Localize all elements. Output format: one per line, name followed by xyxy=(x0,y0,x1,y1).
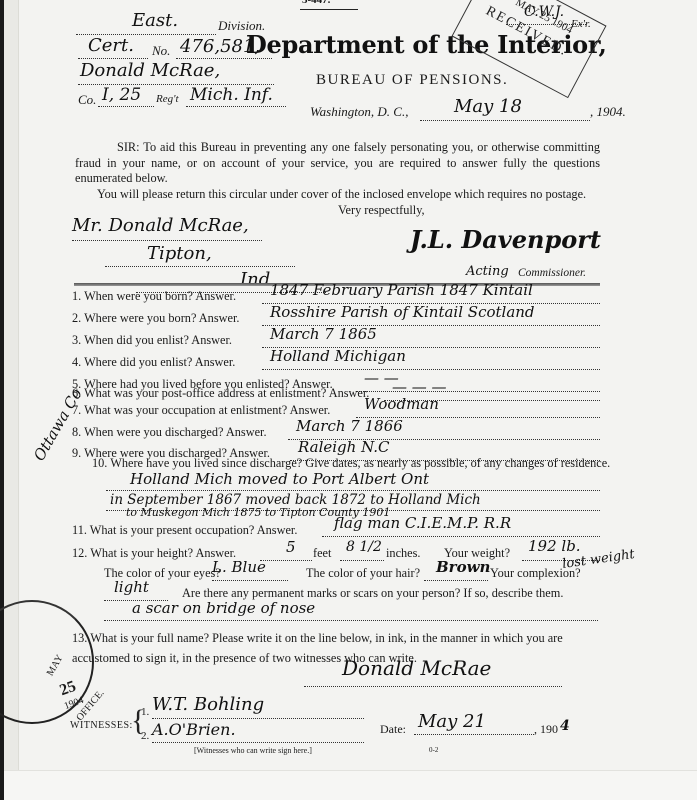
form-number: 3-447. xyxy=(302,0,330,6)
question-text: 4. Where did you enlist? Answer. xyxy=(72,355,235,369)
answer-4: Holland Michigan xyxy=(270,347,406,365)
answer-field-7: Woodman xyxy=(356,399,600,418)
witness-note: [Witnesses who can write sign here.] xyxy=(194,746,312,755)
question-3: 3. When did you enlist? Answer. xyxy=(72,333,232,348)
cert-field: Cert. xyxy=(78,38,148,59)
co-value: I, 25 xyxy=(102,85,141,105)
question-10: 10. Where have you lived since discharge… xyxy=(92,456,610,471)
feet-label: feet xyxy=(313,546,331,561)
question-6: 6. What was your post-office address at … xyxy=(72,386,369,401)
letter-year: , 1904. xyxy=(590,104,626,120)
letter-paragraph-2: You will please return this circular und… xyxy=(97,187,602,203)
header-rule xyxy=(300,9,358,10)
witness-1-line: W.T. Bohling xyxy=(152,700,364,719)
answer-field-3: March 7 1865 xyxy=(262,329,600,348)
print-code: 0-2 xyxy=(429,746,438,754)
answer-field-1: 1847 February Parish 1847 Kintail xyxy=(262,285,600,304)
washington-label: Washington, D. C., xyxy=(310,104,408,120)
division-value: East. xyxy=(132,10,178,31)
regt-field: Mich. Inf. xyxy=(186,86,286,107)
letter-date: May 18 xyxy=(454,96,522,117)
regt-label: Reg't xyxy=(156,93,179,105)
regt-value: Mich. Inf. xyxy=(190,85,273,105)
signing-date: May 21 xyxy=(418,711,486,732)
no-label: No. xyxy=(152,43,170,59)
question-8: 8. When were you discharged? Answer. xyxy=(72,425,267,440)
addressee-line-2: Tipton, xyxy=(105,244,295,267)
answer-9: Raleigh N.C xyxy=(298,438,390,456)
letter-paragraph-1: SIR: To aid this Bureau in preventing an… xyxy=(75,140,600,187)
eyes-field: L. Blue xyxy=(212,562,288,581)
full-name-signature: Donald McRae xyxy=(342,656,491,680)
question-text: 8. When were you discharged? Answer. xyxy=(72,425,267,439)
answer-field-2: Rosshire Parish of Kintail Scotland xyxy=(262,307,600,326)
answer-7: Woodman xyxy=(364,395,439,413)
witness-2-signature: A.O'Brien. xyxy=(152,720,236,739)
answer-field-4: Holland Michigan xyxy=(262,351,600,370)
page-bottom-fold xyxy=(4,770,697,800)
answer-2: Rosshire Parish of Kintail Scotland xyxy=(270,303,535,321)
co-field: I, 25 xyxy=(98,86,154,107)
cert-value: Cert. xyxy=(88,35,134,56)
date-label: Date: xyxy=(380,722,406,737)
question-text: 3. When did you enlist? Answer. xyxy=(72,333,232,347)
signing-year-suffix: 4 xyxy=(560,718,570,734)
height-inches-field: 8 1/2 xyxy=(340,542,384,561)
answer-3: March 7 1865 xyxy=(270,325,377,343)
hair-label: The color of your hair? xyxy=(306,566,420,581)
letter-closing: Very respectfully, xyxy=(338,203,425,219)
question-text: 1. When were you born? Answer. xyxy=(72,289,236,303)
acting-label: Acting xyxy=(466,264,509,279)
addressee-line-1: Mr. Donald McRae, xyxy=(72,216,262,241)
answer-8: March 7 1866 xyxy=(296,417,403,435)
signing-date-field: May 21 xyxy=(414,716,534,735)
full-name-signature-line: Donald McRae xyxy=(304,660,562,687)
witness-2-number: 2. xyxy=(141,730,149,742)
co-label: Co. xyxy=(78,92,96,108)
letter-date-field: May 18 xyxy=(420,100,590,121)
signing-year-prefix: , 190 xyxy=(534,722,558,737)
commissioner-signature: J.L. Davenport xyxy=(410,225,601,254)
residence-line-1: Holland Mich moved to Port Albert Ont xyxy=(106,470,600,491)
answer-6: — — — xyxy=(392,378,447,396)
question-11: 11. What is your present occupation? Ans… xyxy=(72,523,297,538)
question-text: 7. What was your occupation at enlistmen… xyxy=(72,403,330,417)
hair-field: Brown xyxy=(424,562,488,581)
inches-label: inches. xyxy=(386,546,421,561)
question-1: 1. When were you born? Answer. xyxy=(72,289,236,304)
question-text: 6. What was your post-office address at … xyxy=(72,386,369,400)
soldier-name: Donald McRae, xyxy=(80,60,220,81)
marks-field: a scar on bridge of nose xyxy=(104,602,598,621)
commissioner-label: Commissioner. xyxy=(518,267,586,279)
answer-1: 1847 February Parish 1847 Kintail xyxy=(270,281,533,299)
question-text: 2. Where were you born? Answer. xyxy=(72,311,239,325)
question-7: 7. What was your occupation at enlistmen… xyxy=(72,403,330,418)
bureau-heading: BUREAU OF PENSIONS. xyxy=(316,72,508,89)
question-4: 4. Where did you enlist? Answer. xyxy=(72,355,235,370)
division-field: East. xyxy=(76,14,216,35)
occupation-answer-field: flag man C.I.E.M.P. R.R xyxy=(322,518,600,537)
witness-1-signature: W.T. Bohling xyxy=(152,694,264,715)
witness-1-number: 1. xyxy=(141,706,149,718)
complexion-label: Your complexion? xyxy=(490,566,581,581)
question-2: 2. Where were you born? Answer. xyxy=(72,311,239,326)
soldier-name-field: Donald McRae, xyxy=(78,62,274,85)
witness-2-line: A.O'Brien. xyxy=(152,724,364,743)
height-feet-field: 5 xyxy=(260,542,312,561)
witnesses-label: WITNESSES: xyxy=(70,720,133,731)
